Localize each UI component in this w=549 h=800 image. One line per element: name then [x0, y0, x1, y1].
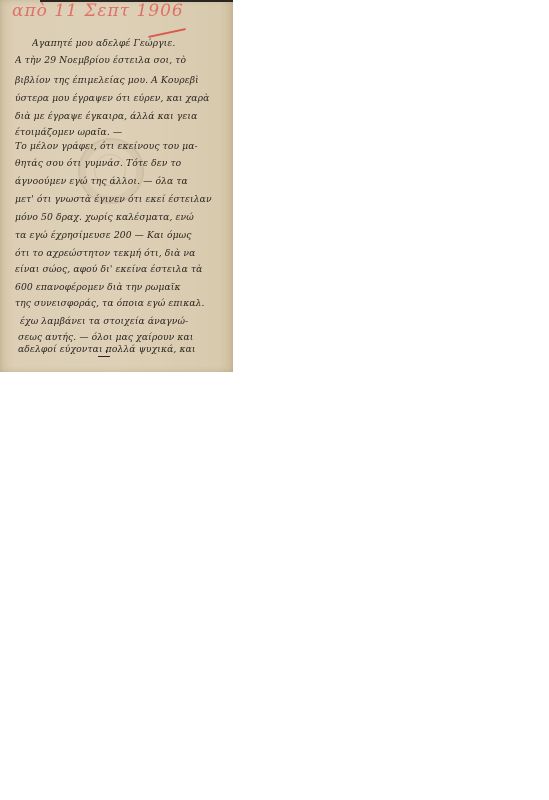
handwritten-line: ύστερα μου έγραψεν ότι εύρεν, και χαρὰ	[15, 93, 230, 104]
letter-scan: απὸ 11 Σεπτ 1906 Αγαπητέ μου αδελφέ Γεώρ…	[0, 0, 233, 372]
handwritten-line: έτοιμάζομεν ωραῖα. —	[15, 127, 230, 138]
handwritten-line: σεως αυτής. — όλοι μας χαίρουν και	[18, 332, 233, 343]
handwritten-line: μετ' ότι γνωστὰ έγινεν ότι εκεί έστειλαν	[15, 194, 230, 205]
handwritten-line: τα εγώ έχρησίμευσε 200 — Και όμως	[15, 230, 230, 241]
handwritten-line: 600 επανοφέρομεν διὰ την ρωμαϊκ	[15, 282, 230, 293]
handwritten-line: Α τὴν 29 Νοεμβρίου έστειλα σοι, τὸ	[15, 55, 230, 66]
handwritten-line: ότι το αχρεώστητον τεκμή ότι, διὰ να	[15, 248, 230, 259]
handwritten-line: βιβλίον της έπιμελείας μου. Α Κουρεβὶ	[15, 75, 230, 86]
handwritten-line: άγνοούμεν εγώ της άλλοι. — όλα τα	[15, 176, 230, 187]
handwritten-line: έχω λαμβάνει τα στοιχεία άναγνώ-	[20, 316, 233, 327]
handwritten-line: διὰ με έγραψε έγκαιρα, άλλά και γεια	[15, 111, 230, 122]
handwritten-line: Το μέλον γράφει, ότι εκείνους του μα-	[15, 141, 230, 152]
handwritten-line: αδελφοί εύχονται πολλά ψυχικά, και	[18, 344, 233, 355]
handwritten-line: είναι σώος, αφού δι' εκείνα έστειλα τὰ	[15, 264, 230, 275]
handwritten-line: θητάς σου ότι γυμνάσ. Τότε δεν το	[15, 158, 230, 169]
handwritten-line: της συνεισφοράς, τα όποια εγώ επικαλ.	[15, 298, 230, 309]
red-underline-mark	[148, 28, 186, 38]
handwritten-line: μόνο 50 δραχ. χωρίς καλέσματα, ενώ	[15, 212, 230, 223]
closing-dash	[98, 356, 110, 357]
handwritten-line: Αγαπητέ μου αδελφέ Γεώργιε.	[32, 38, 233, 49]
closing-dot	[106, 350, 107, 353]
red-header-annotation: απὸ 11 Σεπτ 1906	[12, 1, 184, 21]
